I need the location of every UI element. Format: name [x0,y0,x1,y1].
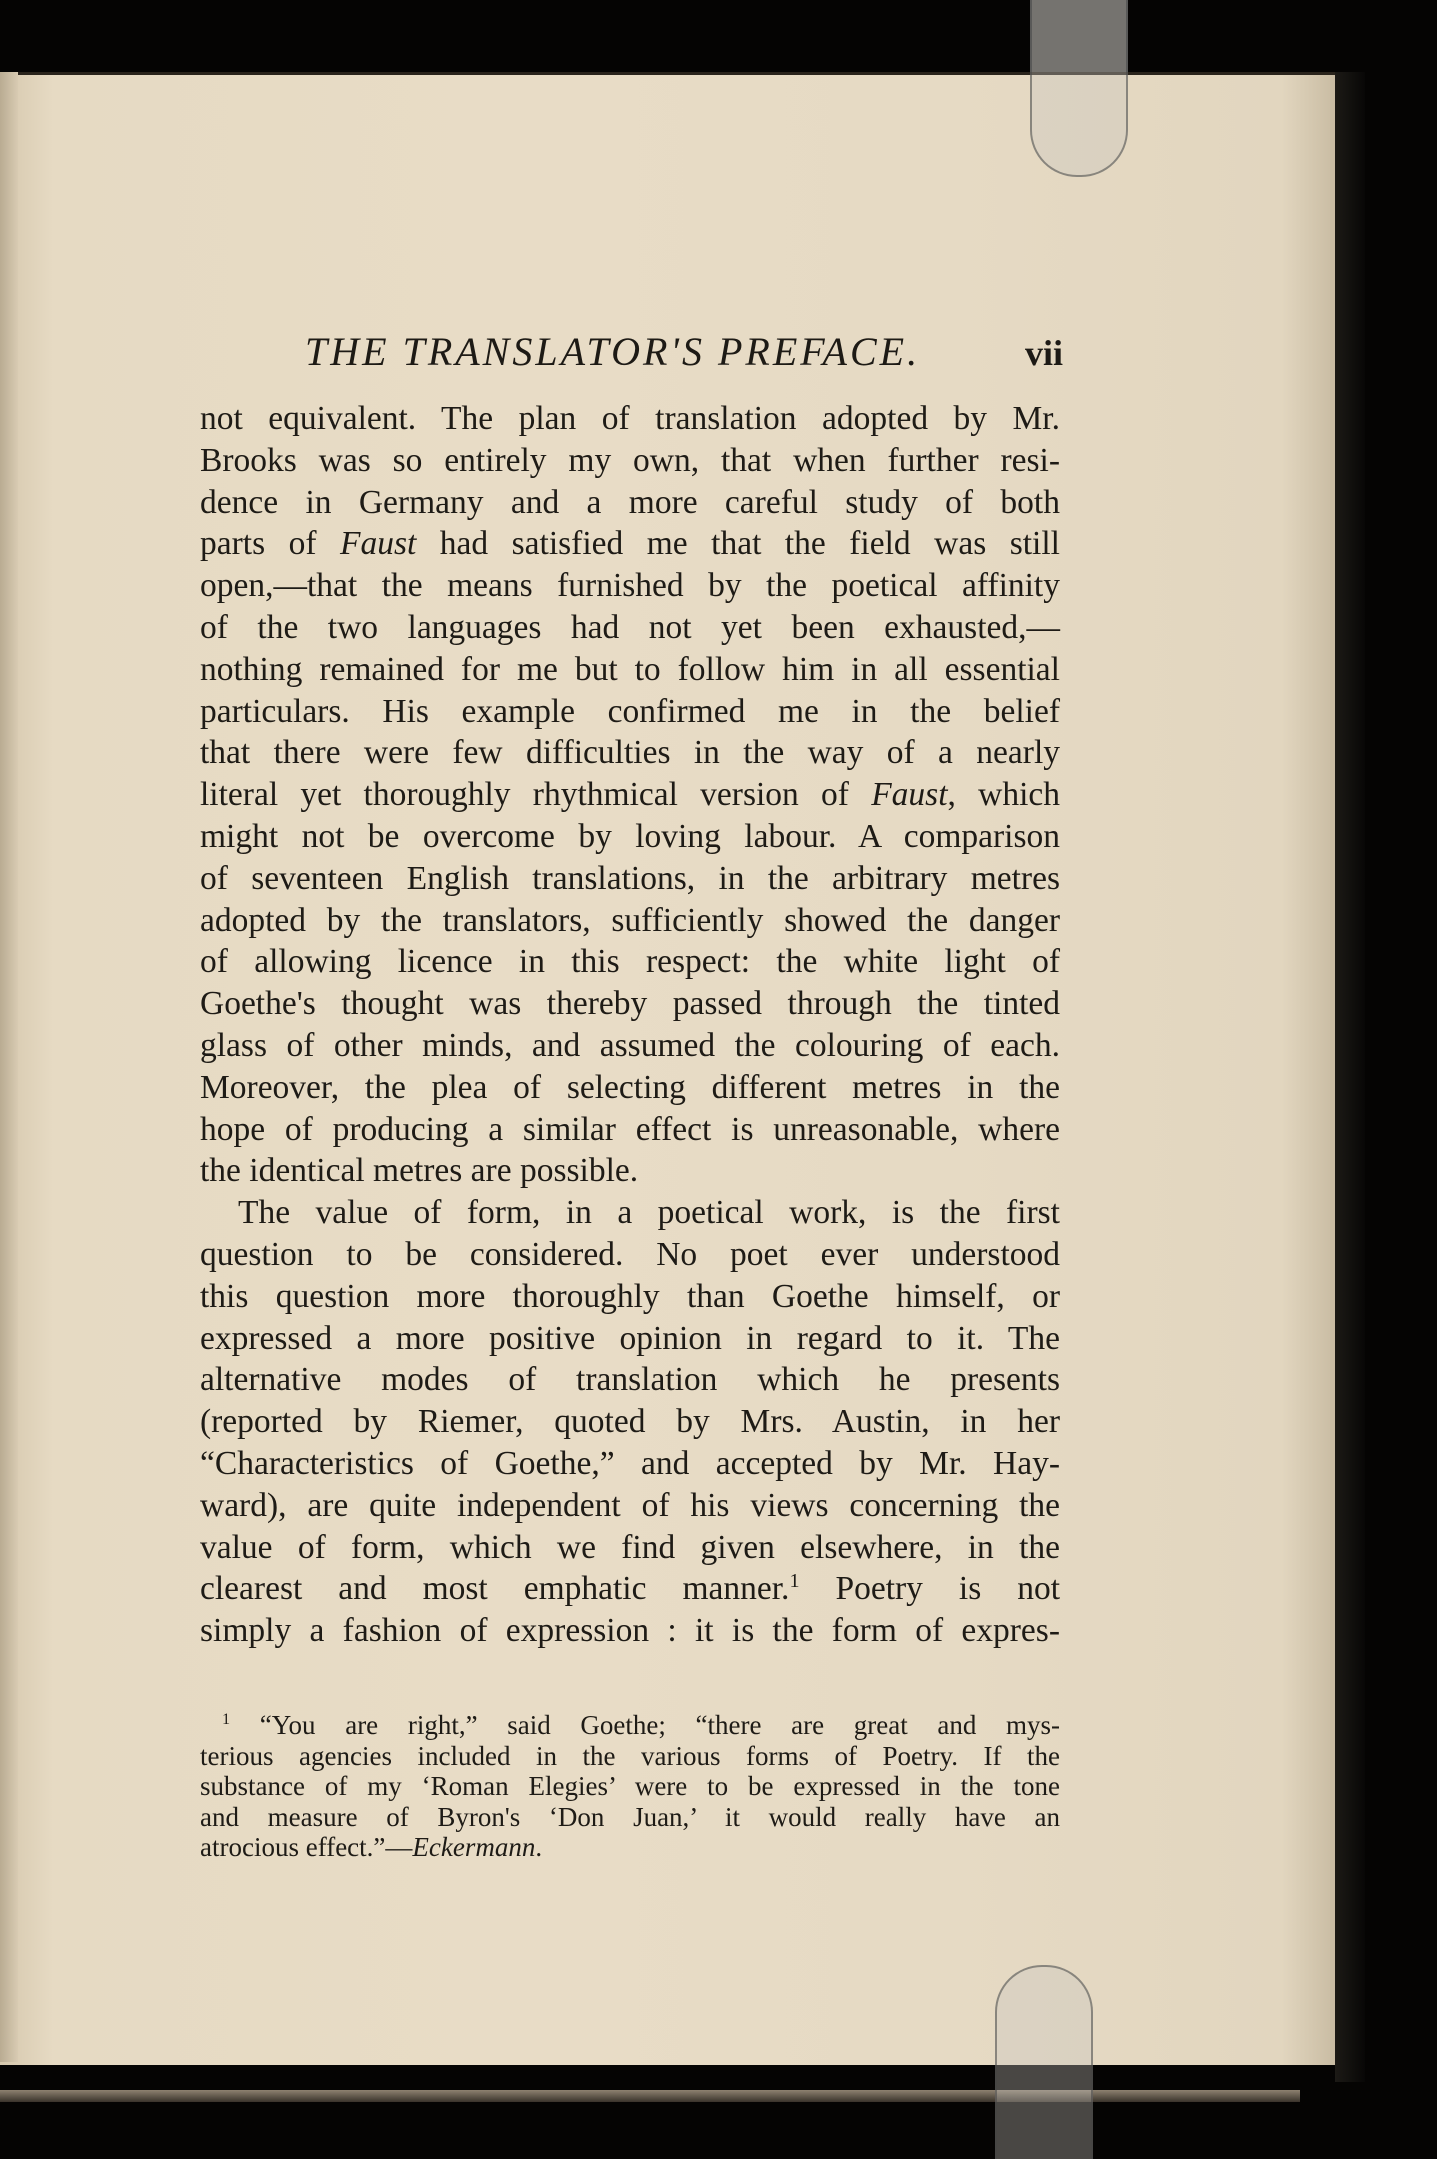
text-line: ward), are quite independent of his view… [200,1485,1060,1527]
page-gutter-edge [0,72,18,2062]
text-line: (reported by Riemer, quoted by Mrs. Aust… [200,1401,1060,1443]
footnote-line: atrocious effect.”—Eckermann. [200,1832,1060,1863]
text-line: parts of Faust had satisfied me that the… [200,523,1060,565]
text-line: Brooks was so entirely my own, that when… [200,440,1060,482]
text-line: dence in Germany and a more careful stud… [200,482,1060,524]
text-line: simply a fashion of expression : it is t… [200,1610,1060,1652]
text-line: expressed a more positive opinion in reg… [200,1318,1060,1360]
text-line: of seventeen English translations, in th… [200,858,1060,900]
text-line: Goethe's thought was thereby passed thro… [200,983,1060,1025]
text-line: open,—that the means furnished by the po… [200,565,1060,607]
text-line: value of form, which we find given elsew… [200,1527,1060,1569]
footnote-line: terious agencies included in the various… [200,1741,1060,1772]
text-line: alternative modes of translation which h… [200,1359,1060,1401]
running-title: THE TRANSLATOR'S PREFACE. [305,328,920,375]
page-clip-top-overlay [1030,0,1128,177]
footnote-text: “You are right,” said Goethe; “there are… [260,1710,1060,1740]
text-line: the identical metres are possible. [200,1150,1060,1192]
text-line: question to be considered. No poet ever … [200,1234,1060,1276]
footnotes: 1 “You are right,” said Goethe; “there a… [200,1710,1060,1863]
text-line: “Characteristics of Goethe,” and accepte… [200,1443,1060,1485]
footnote-line: 1 “You are right,” said Goethe; “there a… [200,1710,1060,1741]
text-line: literal yet thoroughly rhythmical versio… [200,774,1060,816]
text-line: might not be overcome by loving labour. … [200,816,1060,858]
page-stack-edge [0,2090,1300,2102]
book-cover-edge [1335,72,1365,2082]
text-line: that there were few difficulties in the … [200,732,1060,774]
text-line: Moreover, the plea of selecting differen… [200,1067,1060,1109]
footnote-line: and measure of Byron's ‘Don Juan,’ it wo… [200,1802,1060,1833]
text-line: particulars. His example confirmed me in… [200,691,1060,733]
text-line: nothing remained for me but to follow hi… [200,649,1060,691]
running-header: THE TRANSLATOR'S PREFACE. vii [305,328,1075,378]
paragraph-start-line: The value of form, in a poetical work, i… [200,1192,1060,1234]
text-line: clearest and most emphatic manner.1 Poet… [200,1568,1060,1610]
text-line: glass of other minds, and assumed the co… [200,1025,1060,1067]
page-clip-bottom [995,1965,1093,2159]
text-line: of the two languages had not yet been ex… [200,607,1060,649]
text-line: this question more thoroughly than Goeth… [200,1276,1060,1318]
footnote-line: substance of my ‘Roman Elegies’ were to … [200,1771,1060,1802]
text-line: adopted by the translators, sufficiently… [200,900,1060,942]
body-text: not equivalent. The plan of translation … [200,398,1060,1652]
text-line: hope of producing a similar effect is un… [200,1109,1060,1151]
footnote-marker: 1 [222,1710,230,1728]
page-number: vii [1025,332,1063,374]
text-line: of allowing licence in this respect: the… [200,941,1060,983]
text-line: not equivalent. The plan of translation … [200,398,1060,440]
